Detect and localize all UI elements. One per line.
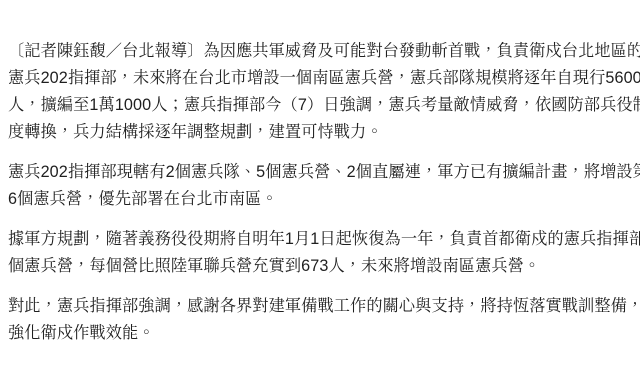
- article-line: 個憲兵營，每個營比照陸軍聯兵營充實到673人，未來將增設南區憲兵營。: [8, 253, 632, 280]
- article-line: 憲兵202指揮部，未來將在台北市增設一個南區憲兵營，憲兵部隊規模將逐年自現行56…: [8, 65, 632, 92]
- paragraph-conscription: 據軍方規劃，隨著義務役役期將自明年1月1日起恢復為一年，負責首都衛戍的憲兵指揮部…: [8, 226, 632, 280]
- article-line: 強化衛戍作戰效能。: [8, 320, 632, 347]
- article-line: 人，擴編至1萬1000人；憲兵指揮部今（7）日強調，憲兵考量敵情威脅，依國防部兵…: [8, 92, 632, 119]
- paragraph-expansion-plan: 憲兵202指揮部現轄有2個憲兵隊、5個憲兵營、2個直屬連，軍方已有擴編計畫，將增…: [8, 159, 632, 213]
- article-line: 憲兵202指揮部現轄有2個憲兵隊、5個憲兵營、2個直屬連，軍方已有擴編計畫，將增…: [8, 159, 632, 186]
- article-line: 〔記者陳鈺馥／台北報導〕為因應共軍威脅及可能對台發動斬首戰，負責衛戍台北地區的: [8, 38, 632, 65]
- paragraph-closing: 對此，憲兵指揮部強調，感謝各界對建軍備戰工作的關心與支持，將持恆落實戰訓整備， …: [8, 293, 632, 347]
- paragraph-lead: 〔記者陳鈺馥／台北報導〕為因應共軍威脅及可能對台發動斬首戰，負責衛戍台北地區的 …: [8, 38, 632, 146]
- article-line: 6個憲兵營，優先部署在台北市南區。: [8, 186, 632, 213]
- article-line: 對此，憲兵指揮部強調，感謝各界對建軍備戰工作的關心與支持，將持恆落實戰訓整備，: [8, 293, 632, 320]
- article-line: 度轉換，兵力結構採逐年調整規劃，建置可恃戰力。: [8, 119, 632, 146]
- article-line: 據軍方規劃，隨著義務役役期將自明年1月1日起恢復為一年，負責首都衛戍的憲兵指揮部…: [8, 226, 632, 253]
- article-body: 〔記者陳鈺馥／台北報導〕為因應共軍威脅及可能對台發動斬首戰，負責衛戍台北地區的 …: [0, 0, 640, 347]
